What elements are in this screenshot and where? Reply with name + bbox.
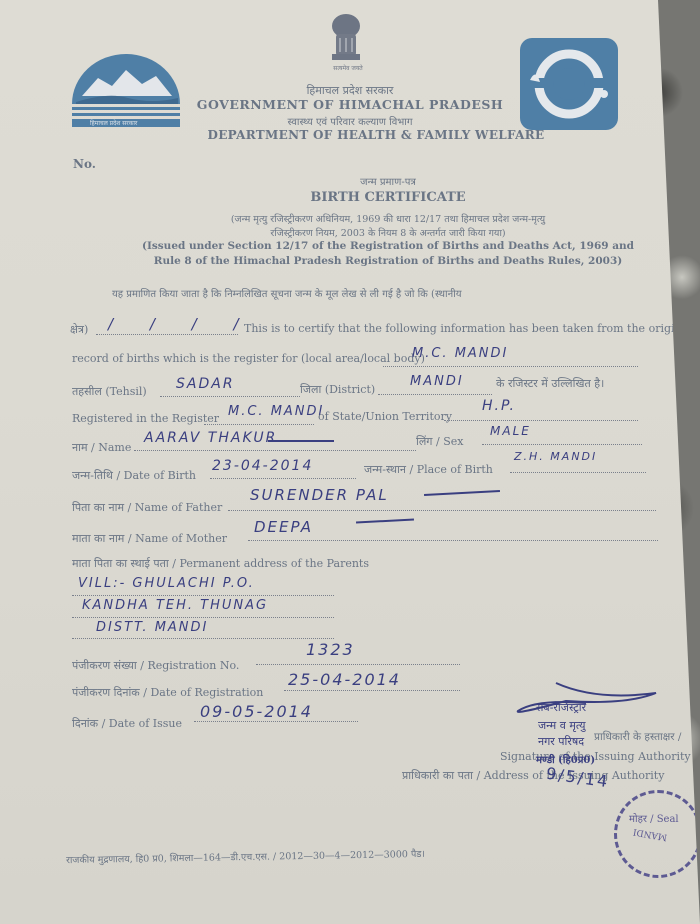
father-value: SURENDER PAL — [250, 486, 389, 504]
name-label: नाम / Name — [72, 440, 131, 455]
issued-hindi-1: (जन्म मृत्यु रजिस्ट्रीकरण अधिनियम, 1969 … — [0, 212, 700, 225]
certify-hindi: यह प्रमाणित किया जाता है कि निम्नलिखित स… — [112, 286, 462, 300]
regdate-value: 25-04-2014 — [288, 670, 401, 689]
dob-value: 23-04-2014 — [212, 458, 313, 474]
kshetra-value: / / / / — [108, 315, 255, 333]
sig-label: Signature of the Issuing Authority — [500, 750, 691, 763]
father-label: पिता का नाम / Name of Father — [72, 500, 222, 515]
record-label: record of births which is the register f… — [72, 352, 425, 365]
name-strike — [268, 440, 334, 442]
state-label: of State/Union Territory — [318, 410, 452, 423]
dept-hindi: स्वास्थ्य एवं परिवार कल्याण विभाग — [0, 114, 700, 128]
registered-label: Registered in the Register — [72, 412, 219, 425]
certify-english: This is to certify that the following in… — [244, 322, 692, 335]
sex-label: लिंग / Sex — [416, 434, 463, 449]
registered-value: M.C. MANDI — [228, 404, 324, 419]
pob-label: जन्म-स्थान / Place of Birth — [364, 462, 493, 477]
mother-value: DEEPA — [254, 518, 313, 536]
certificate-number-label: No. — [73, 157, 96, 171]
record-value: M.C. MANDI — [412, 346, 508, 361]
address-label: माता पिता का स्थाई पता / Permanent addre… — [72, 556, 369, 571]
pob-value: Z.H. MANDI — [514, 450, 597, 463]
issued-english-2: Rule 8 of the Himachal Pradesh Registrat… — [0, 255, 700, 267]
issued-hindi-2: रजिस्ट्रीकरण नियम, 2003 के नियम 8 के अन्… — [0, 226, 700, 239]
mother-strike — [356, 518, 414, 523]
govt-hindi: हिमाचल प्रदेश सरकार — [0, 83, 700, 98]
dept-english: DEPARTMENT OF HEALTH & FAMILY WELFARE — [0, 128, 700, 142]
regdate-label: पंजीकरण दिनांक / Date of Registration — [72, 685, 263, 700]
tehsil-label: तहसील (Tehsil) — [72, 384, 147, 399]
title-english: BIRTH CERTIFICATE — [0, 190, 700, 205]
seal-label: मोहर / Seal — [629, 811, 679, 825]
seal-text: MANDI — [632, 826, 668, 842]
state-value: H.P. — [482, 398, 516, 414]
district-label: जिला (District) — [300, 382, 375, 397]
regno-label: पंजीकरण संख्या / Registration No. — [72, 658, 239, 673]
title-hindi: जन्म प्रमाण-पत्र — [0, 174, 700, 188]
sig-hindi: प्राधिकारी के हस्ताक्षर / — [594, 730, 681, 744]
sex-value: MALE — [490, 424, 531, 438]
stamp-line-4: मण्डी (हि0प्र0) — [536, 752, 595, 766]
address-line-1: VILL:- GHULACHI P.O. — [78, 576, 255, 591]
district-value: MANDI — [410, 374, 464, 389]
father-strike — [424, 490, 500, 496]
issue-label: दिनांक / Date of Issue — [72, 716, 182, 731]
govt-english: GOVERNMENT OF HIMACHAL PRADESH — [0, 97, 700, 112]
tehsil-value: SADAR — [176, 376, 235, 392]
issue-value: 09-05-2014 — [200, 702, 313, 721]
address-line-2: KANDHA TEH. THUNAG — [82, 598, 268, 613]
stamp-line-1: सब-रजिस्ट्रार — [536, 700, 586, 715]
birth-certificate: हिमाचल प्रदेश सरकार सत्यमेव जयते हिमाचल … — [0, 0, 700, 924]
printer-footer: राजकीय मुद्रणालय, हि0 प्र0, शिमला—164—डी… — [66, 847, 425, 866]
address-line-3: DISTT. MANDI — [96, 620, 208, 635]
official-seal: मोहर / Seal MANDI — [614, 790, 700, 878]
register-suffix: के रजिस्टर में उल्लिखित है। — [496, 376, 604, 391]
kshetra-label: क्षेत्र) — [70, 322, 88, 337]
national-emblem-icon: सत्यमेव जयते — [324, 12, 368, 78]
addr-label: प्राधिकारी का पता / Address of the Issui… — [402, 768, 664, 783]
regno-value: 1323 — [306, 640, 355, 659]
name-value: AARAV THAKUR — [144, 430, 277, 446]
stamp-line-2: जन्म व मृत्यु — [538, 718, 586, 733]
issued-english-1: (Issued under Section 12/17 of the Regis… — [0, 240, 700, 252]
mother-label: माता का नाम / Name of Mother — [72, 531, 227, 546]
dob-label: जन्म-तिथि / Date of Birth — [72, 468, 196, 483]
emblem-caption: सत्यमेव जयते — [328, 64, 368, 72]
authority-signature — [506, 675, 676, 729]
stamp-line-3: नगर परिषद — [538, 734, 584, 749]
